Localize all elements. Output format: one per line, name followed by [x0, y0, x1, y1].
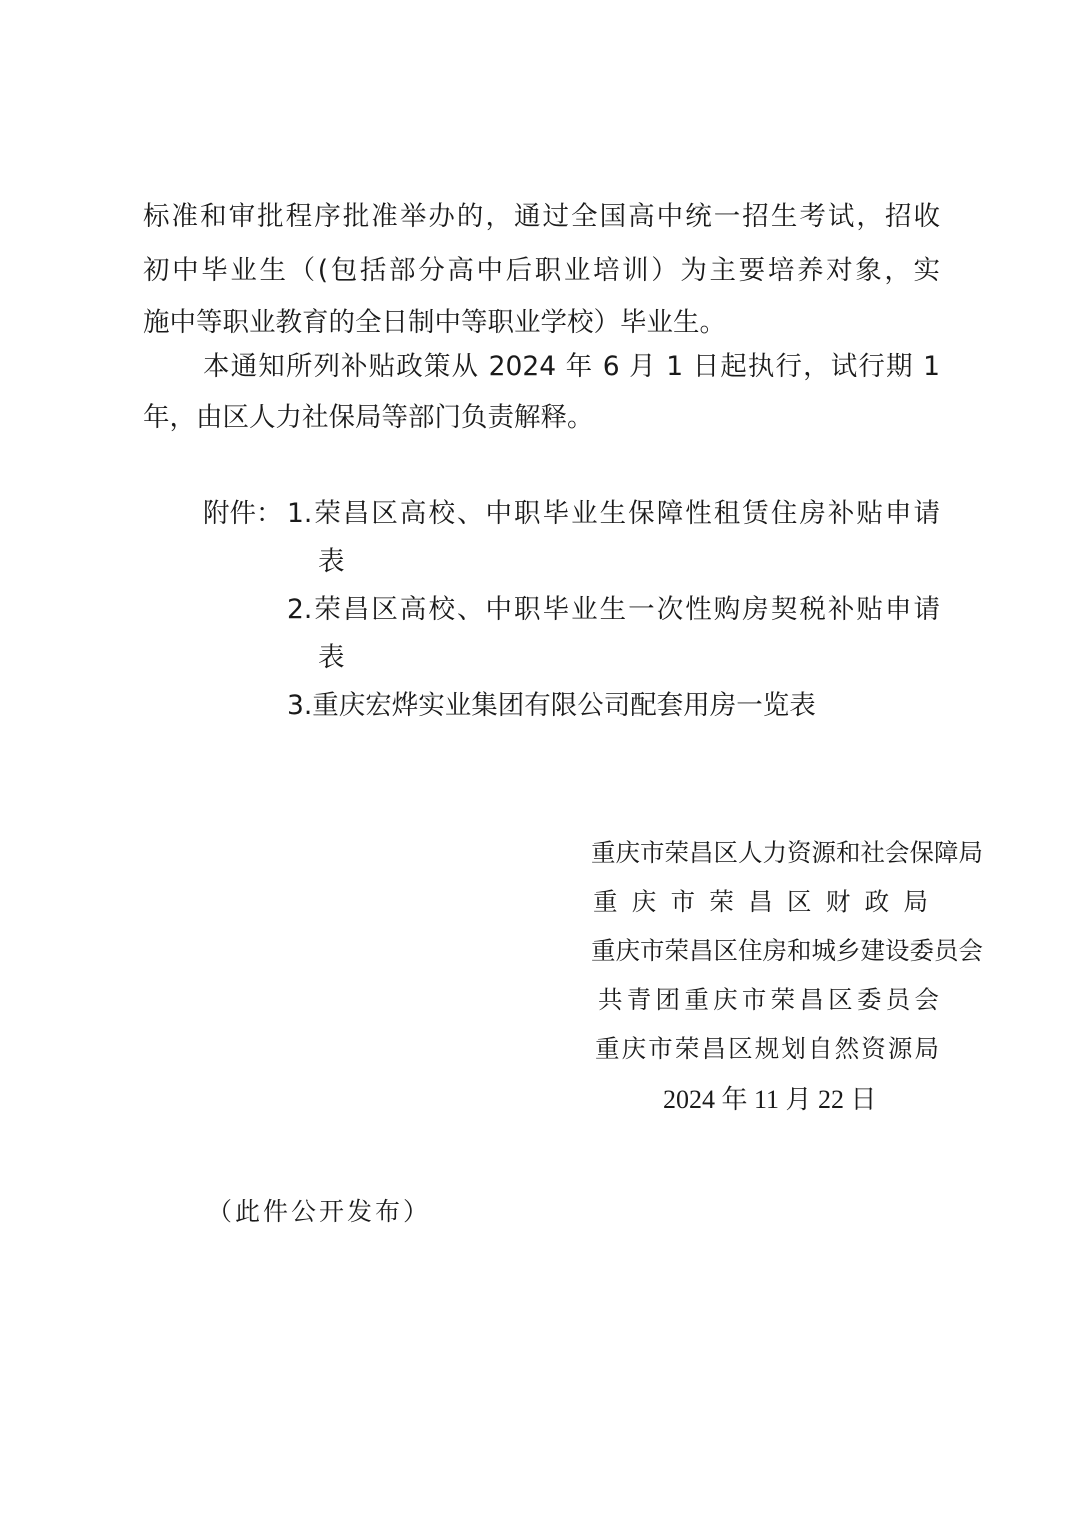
signatory-housing-committee: 重庆市荣昌区住房和城乡建设委员会 [591, 935, 939, 967]
publication-note: （此件公开发布） [207, 1196, 431, 1228]
attachment-item-3: 3.重庆宏烨实业集团有限公司配套用房一览表 [287, 689, 816, 723]
body-text-line: 年，由区人力社保局等部门负责解释。 [143, 401, 940, 435]
attachments-label: 附件： [203, 497, 283, 531]
signatory-planning-bureau: 重庆市荣昌区规划自然资源局 [595, 1033, 939, 1065]
signatory-finance-bureau: 重庆市荣昌区财政局 [593, 886, 928, 918]
body-text-line: 施中等职业教育的全日制中等职业学校）毕业生。 [143, 306, 940, 340]
body-text-line: 本通知所列补贴政策从 2024 年 6 月 1 日起执行，试行期 1 [203, 350, 940, 384]
body-text-line: 标准和审批程序批准举办的，通过全国高中统一招生考试，招收 [143, 200, 940, 234]
signatory-hr-bureau: 重庆市荣昌区人力资源和社会保障局 [591, 837, 939, 869]
document-page: 标准和审批程序批准举办的，通过全国高中统一招生考试，招收 初中毕业生（(包括部分… [0, 0, 1074, 1520]
body-text-line: 初中毕业生（(包括部分高中后职业培训）为主要培养对象，实 [143, 254, 940, 288]
issue-date: 2024 年 11 月 22 日 [663, 1084, 877, 1116]
attachment-item-1-continued: 表 [318, 545, 345, 579]
signatory-youth-league: 共青团重庆市荣昌区委员会 [598, 984, 939, 1016]
attachment-item-2: 2.荣昌区高校、中职毕业生一次性购房契税补贴申请 [287, 593, 940, 627]
attachment-item-2-continued: 表 [318, 641, 345, 675]
attachment-item-1: 1.荣昌区高校、中职毕业生保障性租赁住房补贴申请 [287, 497, 940, 531]
